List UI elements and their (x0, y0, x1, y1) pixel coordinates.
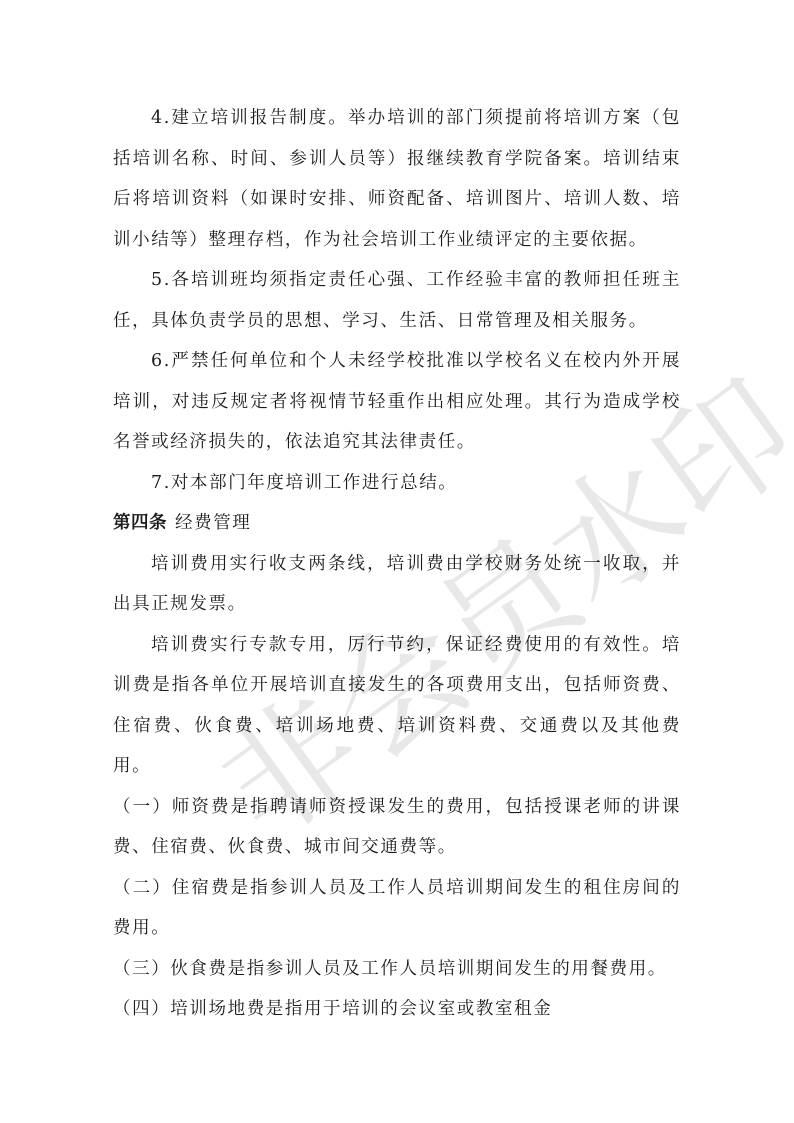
paragraph-item-5: 5.各培训班均须指定责任心强、工作经验丰富的教师担任班主任，具体负责学员的思想、… (113, 260, 681, 341)
paragraph-fee-usage: 培训费实行专款专用，厉行节约，保证经费使用的有效性。培训费是指各单位开展培训直接… (113, 625, 681, 787)
paragraph-fee-collection: 培训费用实行收支两条线，培训费由学校财务处统一收取，并出具正规发票。 (113, 544, 681, 625)
document-page: 4.建立培训报告制度。举办培训的部门须提前将培训方案（包括培训名称、时间、参训人… (0, 0, 794, 1123)
paragraph-fee-2: （二）住宿费是指参训人员及工作人员培训期间发生的租住房间的费用。 (113, 868, 681, 949)
article-4-label: 第四条 (113, 513, 167, 533)
article-4-heading: 第四条经费管理 (113, 503, 681, 544)
document-body: 4.建立培训报告制度。举办培训的部门须提前将培训方案（包括培训名称、时间、参训人… (113, 98, 681, 1030)
paragraph-item-7: 7.对本部门年度培训工作进行总结。 (113, 463, 681, 504)
paragraph-fee-1: （一）师资费是指聘请师资授课发生的费用，包括授课老师的讲课费、住宿费、伙食费、城… (113, 787, 681, 868)
article-4-title: 经费管理 (175, 513, 251, 533)
paragraph-fee-4: （四）培训场地费是指用于培训的会议室或教室租金 (113, 989, 681, 1030)
paragraph-item-6: 6.严禁任何单位和个人未经学校批准以学校名义在校内外开展培训，对违反规定者将视情… (113, 341, 681, 463)
paragraph-item-4: 4.建立培训报告制度。举办培训的部门须提前将培训方案（包括培训名称、时间、参训人… (113, 98, 681, 260)
paragraph-fee-3: （三）伙食费是指参训人员及工作人员培训期间发生的用餐费用。 (113, 949, 681, 990)
